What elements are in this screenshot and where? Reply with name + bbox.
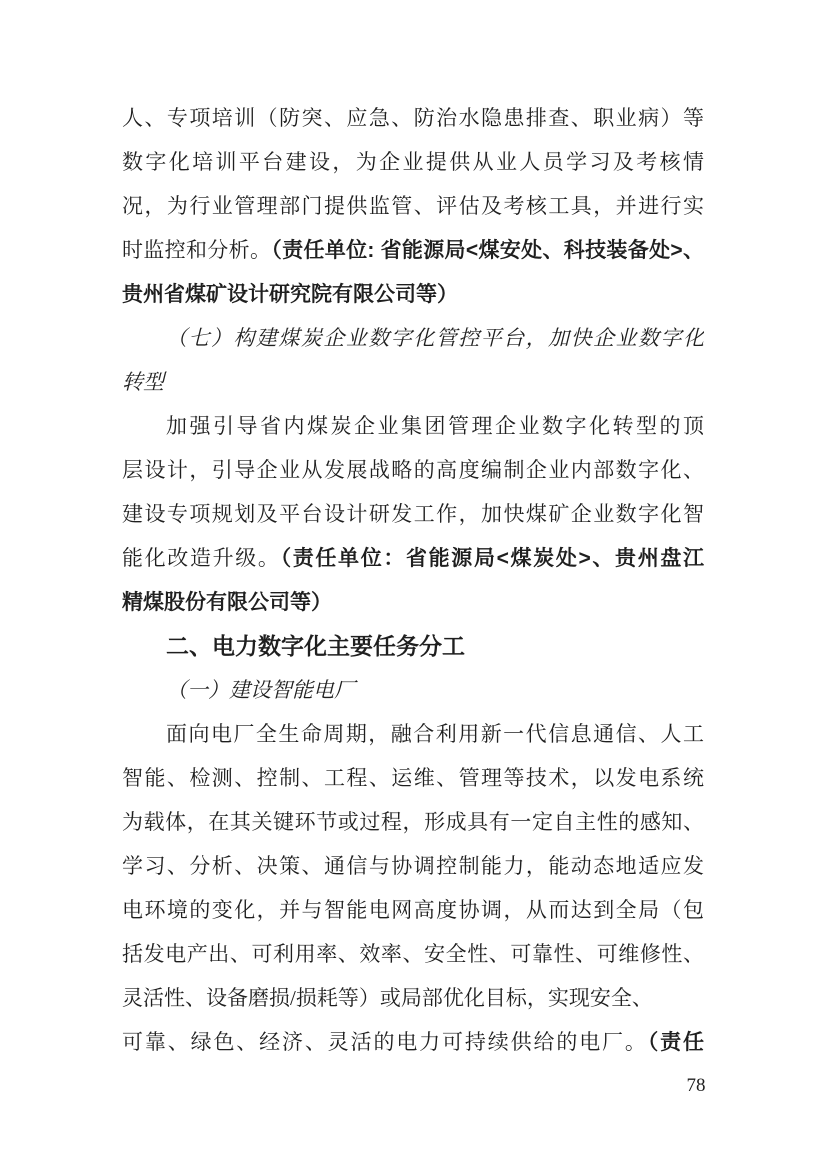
text-line: 电环境的变化，并与智能电网高度协调，从而达到全局（包 <box>122 888 704 932</box>
text-line: 数字化培训平台建设，为企业提供从业人员学习及考核情 <box>122 140 704 184</box>
text-line: 为载体，在其关键环节或过程，形成具有一定自主性的感知、 <box>122 800 704 844</box>
text-line: 面向电厂全生命周期，融合利用新一代信息通信、人工 <box>122 712 704 756</box>
text-segment: 层设计，引导企业从发展战略的高度编制企业内部数字化、 <box>122 458 704 482</box>
text-line: 时监控和分析。（责任单位: 省能源局<煤安处、科技装备处>、 <box>122 228 704 272</box>
text-segment: 能化改造升级。 <box>122 546 281 570</box>
text-segment: （七）构建煤炭企业数字化管控平台，加快企业数字化 <box>166 326 704 350</box>
page-number: 78 <box>676 1072 716 1100</box>
text-segment: （一）建设智能电厂 <box>166 678 355 702</box>
text-segment: 电环境的变化，并与智能电网高度协调，从而达到全局（包 <box>122 898 704 922</box>
text-segment: 可靠、绿色、经济、灵活的电力可持续供给的电厂。 <box>122 1030 648 1054</box>
document-body: 人、专项培训（防突、应急、防治水隐患排查、职业病）等数字化培训平台建设，为企业提… <box>122 96 704 1064</box>
text-line: 建设专项规划及平台设计研发工作，加快煤矿企业数字化智 <box>122 492 704 536</box>
text-line: （七）构建煤炭企业数字化管控平台，加快企业数字化 <box>122 316 704 360</box>
text-line: 加强引导省内煤炭企业集团管理企业数字化转型的顶 <box>122 404 704 448</box>
text-segment: 智能、检测、控制、工程、运维、管理等技术，以发电系统 <box>122 766 704 790</box>
text-segment: 灵活性、设备磨损/损耗等）或局部优化目标，实现安全、 <box>122 986 653 1010</box>
text-line: 贵州省煤矿设计研究院有限公司等） <box>122 272 704 316</box>
text-segment: 为载体，在其关键环节或过程，形成具有一定自主性的感知、 <box>122 810 704 834</box>
text-line: （一）建设智能电厂 <box>122 668 704 712</box>
text-segment: 精煤股份有限公司等） <box>122 591 332 614</box>
text-segment: 建设专项规划及平台设计研发工作，加快煤矿企业数字化智 <box>122 502 704 526</box>
text-segment: 贵州省煤矿设计研究院有限公司等） <box>122 283 458 306</box>
text-line: 二、电力数字化主要任务分工 <box>122 624 704 668</box>
text-line: 精煤股份有限公司等） <box>122 580 704 624</box>
text-line: 括发电产出、可利用率、效率、安全性、可靠性、可维修性、 <box>122 932 704 976</box>
text-segment: 二、电力数字化主要任务分工 <box>166 633 465 659</box>
text-segment: （责任 <box>648 1031 704 1054</box>
text-line: 智能、检测、控制、工程、运维、管理等技术，以发电系统 <box>122 756 704 800</box>
text-line: 能化改造升级。（责任单位：省能源局<煤炭处>、贵州盘江 <box>122 536 704 580</box>
text-line: 转型 <box>122 360 704 404</box>
text-line: 人、专项培训（防突、应急、防治水隐患排查、职业病）等 <box>122 96 704 140</box>
text-segment: 数字化培训平台建设，为企业提供从业人员学习及考核情 <box>122 150 704 174</box>
text-line: 可靠、绿色、经济、灵活的电力可持续供给的电厂。（责任 <box>122 1020 704 1064</box>
text-segment: 转型 <box>122 370 164 394</box>
text-line: 况，为行业管理部门提供监管、评估及考核工具，并进行实 <box>122 184 704 228</box>
text-line: 学习、分析、决策、通信与协调控制能力，能动态地适应发 <box>122 844 704 888</box>
text-segment: 面向电厂全生命周期，融合利用新一代信息通信、人工 <box>166 722 704 746</box>
text-segment: 加强引导省内煤炭企业集团管理企业数字化转型的顶 <box>166 414 704 438</box>
text-segment: 学习、分析、决策、通信与协调控制能力，能动态地适应发 <box>122 854 704 878</box>
text-line: 层设计，引导企业从发展战略的高度编制企业内部数字化、 <box>122 448 704 492</box>
text-segment: 括发电产出、可利用率、效率、安全性、可靠性、可维修性、 <box>122 942 704 966</box>
text-segment: （责任单位：省能源局<煤炭处>、贵州盘江 <box>281 547 704 570</box>
text-segment: （责任单位: 省能源局<煤安处、科技装备处>、 <box>271 239 704 262</box>
text-segment: 人、专项培训（防突、应急、防治水隐患排查、职业病）等 <box>122 106 704 130</box>
text-segment: 况，为行业管理部门提供监管、评估及考核工具，并进行实 <box>122 194 704 218</box>
text-line: 灵活性、设备磨损/损耗等）或局部优化目标，实现安全、 <box>122 976 704 1020</box>
document-page: 人、专项培训（防突、应急、防治水隐患排查、职业病）等数字化培训平台建设，为企业提… <box>0 0 826 1169</box>
text-segment: 时监控和分析。 <box>122 238 271 262</box>
